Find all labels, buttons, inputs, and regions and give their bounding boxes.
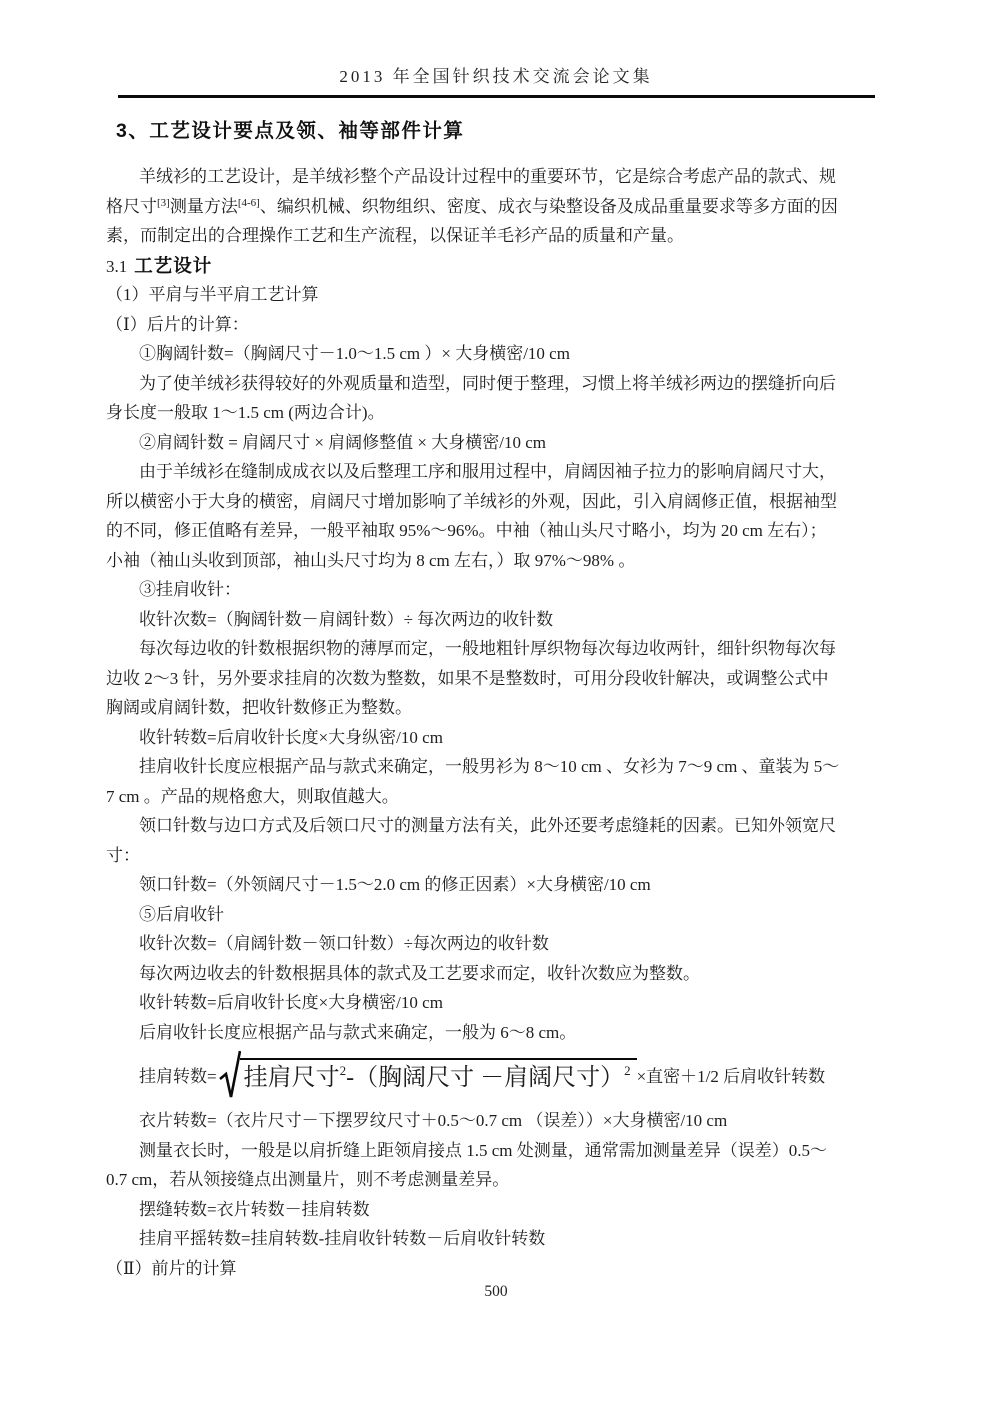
- exponent: 2: [624, 1063, 631, 1078]
- text-line: 为了使羊绒衫获得较好的外观质量和造型，同时便于整理，习惯上将羊绒衫两边的摆缝折向…: [106, 369, 896, 399]
- text-line: 挂肩收针长度应根据产品与款式来确定，一般男衫为 8～10 cm 、女衫为 7～9…: [106, 752, 896, 782]
- subsection-number: 3.1: [106, 257, 127, 276]
- text-line: 边收 2～3 针，另外要求挂肩的次数为整数，如果不是整数时，可用分段收针解决，或…: [106, 664, 896, 694]
- text-line: 领口针数与边口方式及后领口尺寸的测量方法有关，此外还要考虑缝耗的因素。已知外领宽…: [106, 811, 896, 841]
- text-line: 挂肩平摇转数=挂肩转数-挂肩收针转数－后肩收针转数: [106, 1224, 896, 1254]
- text-line: 羊绒衫的工艺设计，是羊绒衫整个产品设计过程中的重要环节，它是综合考虑产品的款式、…: [106, 162, 896, 192]
- text-line: 小袖（袖山头收到顶部，袖山头尺寸均为 8 cm 左右，）取 97%～98% 。: [106, 546, 896, 576]
- text-run: 格尺寸: [106, 197, 157, 216]
- text-line: 收针次数=（胸阔针数－肩阔针数）÷ 每次两边的收针数: [106, 605, 896, 635]
- formula-lhs: 挂肩转数=: [139, 1068, 217, 1085]
- text-line: ⑤后肩收针: [106, 900, 896, 930]
- text-line: 领口针数=（外领阔尺寸－1.5～2.0 cm 的修正因素）×大身横密/10 cm: [106, 870, 896, 900]
- sqrt-radicand: 挂肩尺寸2-（胸阔尺寸 －肩阔尺寸）2: [240, 1058, 637, 1095]
- document-page: 2013 年全国针织技术交流会论文集 3、工艺设计要点及领、袖等部件计算 羊绒衫…: [0, 0, 992, 1403]
- text-line: 每次两边收去的针数根据具体的款式及工艺要求而定，收针次数应为整数。: [106, 959, 896, 989]
- text-line: 所以横密小于大身的横密，肩阔尺寸增加影响了羊绒衫的外观，因此，引入肩阔修正值，根…: [106, 487, 896, 517]
- radicand-term: -（胸阔尺寸 －肩阔尺寸）: [346, 1065, 624, 1091]
- sqrt-radical-icon: [217, 1053, 240, 1101]
- text-line: 收针转数=后肩收针长度×大身横密/10 cm: [106, 988, 896, 1018]
- text-line: 测量衣长时，一般是以肩折缝上距领肩接点 1.5 cm 处测量，通常需加测量差异（…: [106, 1136, 896, 1166]
- text-line: 后肩收针长度应根据产品与款式来确定，一般为 6～8 cm。: [106, 1018, 896, 1048]
- text-line: 收针次数=（肩阔针数－领口针数）÷每次两边的收针数: [106, 929, 896, 959]
- text-run: 、编织机械、织物组织、密度、成衣与染整设备及成品重量要求等多方面的因: [260, 197, 838, 216]
- text-blocks: 羊绒衫的工艺设计，是羊绒衫整个产品设计过程中的重要环节，它是综合考虑产品的款式、…: [106, 162, 896, 1283]
- text-line: 0.7 cm，若从领接缝点出测量片，则不考虑测量差异。: [106, 1165, 896, 1195]
- text-line: ②肩阔针数 = 肩阔尺寸 × 肩阔修整值 × 大身横密/10 cm: [106, 428, 896, 458]
- text-line: 7 cm 。产品的规格愈大，则取值越大。: [106, 782, 896, 812]
- text-line: 身长度一般取 1～1.5 cm (两边合计)。: [106, 398, 896, 428]
- formula-row: 挂肩转数=挂肩尺寸2-（胸阔尺寸 －肩阔尺寸）2×直密＋1/2 后肩收针转数: [106, 1047, 896, 1106]
- text-line: 衣片转数=（衣片尺寸－下摆罗纹尺寸＋0.5～0.7 cm （误差））×大身横密/…: [106, 1106, 896, 1136]
- header-rule: [118, 95, 875, 98]
- text-line: （Ⅰ）后片的计算：: [106, 310, 896, 340]
- citation-reference: [4-6]: [238, 197, 260, 209]
- citation-reference: [3]: [157, 197, 170, 209]
- text-line: ①胸阔针数=（胸阔尺寸－1.0～1.5 cm ）× 大身横密/10 cm: [106, 339, 896, 369]
- radicand-term: 挂肩尺寸: [244, 1065, 340, 1091]
- text-line-with-references: 格尺寸[3]测量方法[4-6]、编织机械、织物组织、密度、成衣与染整设备及成品重…: [106, 192, 896, 222]
- text-line: 收针转数=后肩收针长度×大身纵密/10 cm: [106, 723, 896, 753]
- text-line: 每次每边收的针数根据织物的薄厚而定，一般地粗针厚织物每次每边收两针，细针织物每次…: [106, 634, 896, 664]
- journal-header-title: 2013 年全国针织技术交流会论文集: [0, 62, 992, 87]
- text-line: （1）平肩与半平肩工艺计算: [106, 280, 896, 310]
- text-line: 寸：: [106, 841, 896, 871]
- page-number: 500: [0, 1283, 992, 1301]
- document-body: 3、工艺设计要点及领、袖等部件计算 羊绒衫的工艺设计，是羊绒衫整个产品设计过程中…: [106, 116, 896, 1283]
- text-line: 胸阔或肩阔针数，把收针数修正为整数。: [106, 693, 896, 723]
- text-line: 的不同，修正值略有差异，一般平袖取 95%～96%。中袖（袖山头尺寸略小，均为 …: [106, 516, 896, 546]
- formula-rhs: ×直密＋1/2 后肩收针转数: [637, 1068, 826, 1085]
- section-heading: 3、工艺设计要点及领、袖等部件计算: [116, 116, 896, 146]
- text-line: 摆缝转数=衣片转数－挂肩转数: [106, 1195, 896, 1225]
- text-line: 素，而制定出的合理操作工艺和生产流程，以保证羊毛衫产品的质量和产量。: [106, 221, 896, 251]
- text-line: （Ⅱ）前片的计算: [106, 1254, 896, 1284]
- text-line: 由于羊绒衫在缝制成成衣以及后整理工序和服用过程中，肩阔因袖子拉力的影响肩阔尺寸大…: [106, 457, 896, 487]
- text-line: ③挂肩收针：: [106, 575, 896, 605]
- subsection-heading: 3.1工艺设计: [106, 251, 896, 281]
- subsection-title: 工艺设计: [134, 255, 212, 276]
- text-run: 测量方法: [170, 197, 238, 216]
